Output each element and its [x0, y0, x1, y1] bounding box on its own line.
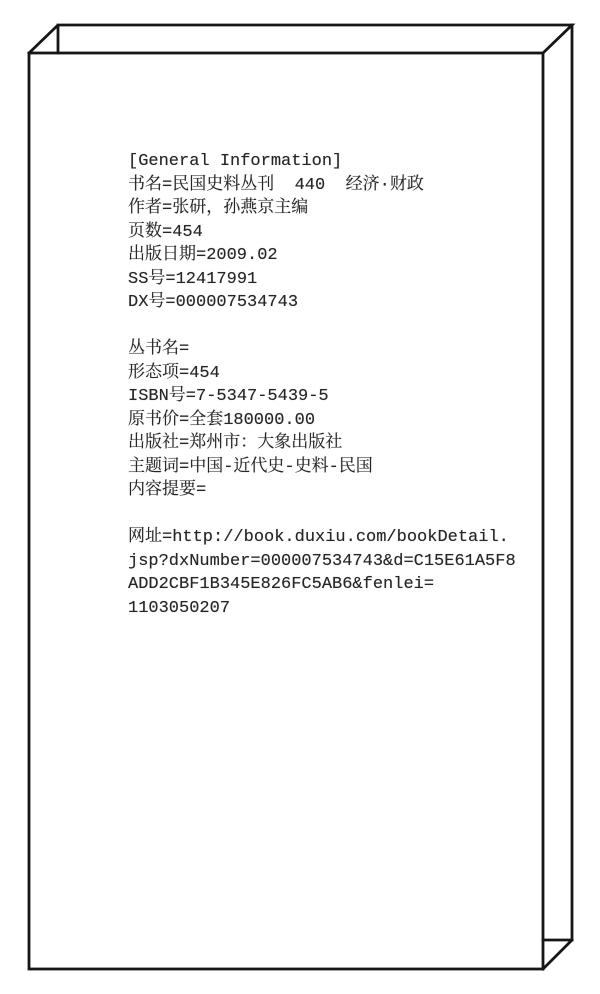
book-info-text: [General Information]书名=民国史料丛刊 440 经济·财政… — [128, 150, 528, 620]
book-side-edge — [543, 25, 572, 969]
info-line — [128, 315, 528, 339]
info-line — [128, 503, 528, 527]
info-line: DX号=000007534743 — [128, 291, 528, 315]
info-line: 1103050207 — [128, 597, 528, 621]
info-line: 原书价=全套180000.00 — [128, 409, 528, 433]
info-line: 形态项=454 — [128, 362, 528, 386]
info-line: 出版社=郑州市：大象出版社 — [128, 432, 528, 456]
book-top-edge — [29, 25, 572, 53]
info-line: 作者=张研，孙燕京主编 — [128, 197, 528, 221]
info-line: ADD2CBF1B345E826FC5AB6&fenlei= — [128, 573, 528, 597]
info-line: 出版日期=2009.02 — [128, 244, 528, 268]
info-line: 内容提要= — [128, 479, 528, 503]
info-line: SS号=12417991 — [128, 268, 528, 292]
info-line: ISBN号=7-5347-5439-5 — [128, 385, 528, 409]
info-line: 页数=454 — [128, 221, 528, 245]
info-line: 书名=民国史料丛刊 440 经济·财政 — [128, 174, 528, 198]
info-line: [General Information] — [128, 150, 528, 174]
info-line: 丛书名= — [128, 338, 528, 362]
info-line: 主题词=中国-近代史-史料-民国 — [128, 456, 528, 480]
book-cover-page: [General Information]书名=民国史料丛刊 440 经济·财政… — [0, 0, 600, 994]
info-line: jsp?dxNumber=000007534743&d=C15E61A5F8 — [128, 550, 528, 574]
info-line: 网址=http://book.duxiu.com/bookDetail. — [128, 526, 528, 550]
